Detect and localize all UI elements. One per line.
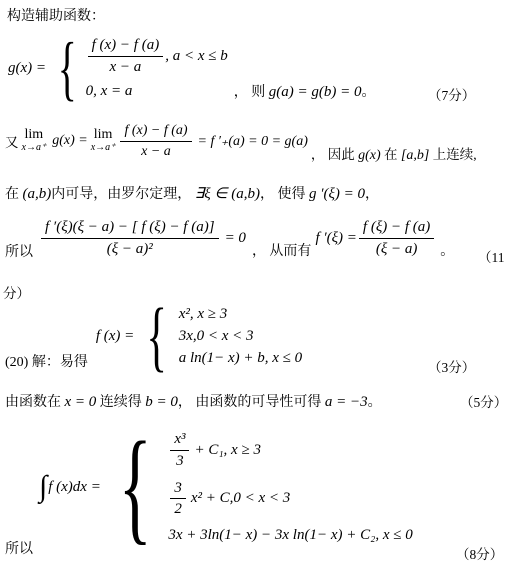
g-case-1-condition: , a < x ≤ b bbox=[165, 48, 228, 65]
x-equals-zero: x = 0 bbox=[65, 394, 97, 410]
intro-text: 构造辅助函数： bbox=[7, 9, 105, 24]
problem-20-formula: (20) 解：易得 f (x) = { x², x ≥ 3 3x,0 < x <… bbox=[5, 300, 302, 372]
result-denominator: (ξ − a) bbox=[376, 239, 418, 259]
g-case-2: 0, x = a bbox=[86, 83, 133, 100]
score-8: （8分） bbox=[456, 543, 503, 563]
limit-result: = f ′₊(a) = 0 = g(a) bbox=[198, 133, 308, 150]
differentiable-rolle-text: 内可导，由罗尔定理， bbox=[51, 187, 195, 202]
integral-lhs: ∫ f (x)dx = bbox=[39, 472, 101, 502]
difference-quotient-fraction: f (x) − f (a) x − a bbox=[88, 36, 164, 77]
continuous-gives-text: 连续得 bbox=[96, 395, 145, 410]
g-definition-formula: g(x) = { f (x) − f (a) x − a , a < x ≤ b… bbox=[8, 34, 375, 102]
left-brace: { bbox=[58, 35, 77, 101]
g-definition-lhs: g(x) = bbox=[8, 60, 46, 77]
intro-line: 构造辅助函数： bbox=[7, 5, 105, 25]
a-equals-minus-three: a = −3 bbox=[325, 394, 368, 410]
rolle-theorem-line: 在 (a,b)内可导，由罗尔定理， ∃ξ ∈ (a,b)， 使得 g ′(ξ) … bbox=[5, 183, 379, 203]
period: 。 bbox=[361, 85, 375, 100]
also-text: 又 bbox=[5, 131, 19, 151]
limit-formula: 又 lim x→a⁺ g(x) = lim x→a⁺ f (x) − f (a)… bbox=[5, 118, 477, 164]
f-case-2: 3x,0 < x < 3 bbox=[179, 328, 254, 345]
fraction-numerator: f (x) − f (a) bbox=[88, 36, 164, 57]
g-case-2-text: 0, x = a bbox=[86, 83, 133, 100]
difference-quotient-fraction-2: f (x) − f (a) x − a bbox=[120, 122, 191, 160]
g-definition-cases: f (x) − f (a) x − a , a < x ≤ b 0, x = a bbox=[86, 36, 228, 101]
antiderivative-case-3-text: 3x + 3ln(1− x) − 3x ln(1− x) + C₂, x ≤ 0 bbox=[168, 527, 412, 544]
quotient-numerator: f ′(ξ)(ξ − a) − [ f (ξ) − f (a)] bbox=[41, 218, 219, 239]
equals-zero: = 0 bbox=[225, 230, 246, 247]
f-case-3: a ln(1− x) + b, x ≤ 0 bbox=[179, 350, 302, 367]
limit-operator-2: lim x→a⁺ bbox=[91, 128, 116, 154]
x-cubed-numerator: x³ bbox=[170, 430, 189, 451]
three-numerator: 3 bbox=[170, 479, 186, 500]
g-definition-conclusion: ， 则 g(a) = g(b) = 0。 bbox=[234, 81, 376, 101]
left-brace-2: { bbox=[147, 300, 168, 372]
continuous-text: 上连续, bbox=[429, 147, 476, 162]
f-definition-cases: x², x ≥ 3 3x,0 < x < 3 a ln(1− x) + b, x… bbox=[179, 306, 302, 367]
integral-integrand: f (x)dx = bbox=[48, 479, 101, 496]
antiderivative-case-3: 3x + 3ln(1− x) − 3x ln(1− x) + C₂, x ≤ 0 bbox=[168, 527, 412, 544]
differentiability-gives-text: ， 由函数的可导性可得 bbox=[178, 395, 325, 410]
so-text: 所以 bbox=[5, 241, 33, 261]
lim-subscript-2: x→a⁺ bbox=[91, 142, 116, 154]
comma: ， bbox=[365, 187, 379, 202]
score-7: （7分） bbox=[428, 84, 475, 104]
continuity-conclusion: ， 因此 g(x) 在 [a,b] 上连续, bbox=[311, 143, 477, 164]
result-fraction: f (ξ) − f (a) (ξ − a) bbox=[359, 218, 434, 259]
math-solution-document: 构造辅助函数： g(x) = { f (x) − f (a) x − a , a… bbox=[0, 0, 514, 563]
fraction-denominator-2: x − a bbox=[141, 142, 171, 161]
f-prime-xi-lhs: f ′(ξ) = bbox=[315, 230, 356, 247]
b-equals-zero: b = 0 bbox=[145, 394, 178, 410]
limit-lhs: g(x) = bbox=[52, 133, 88, 149]
score-5: （5分） bbox=[460, 391, 507, 411]
problem-20-label: (20) 解：易得 bbox=[5, 351, 88, 371]
g-values-zero: g(a) = g(b) = 0 bbox=[269, 84, 362, 100]
g-prime-xi-zero: g ′(ξ) = 0 bbox=[309, 186, 365, 202]
x-cubed-over-3-fraction: x³ 3 bbox=[170, 430, 189, 471]
antiderivative-case-1-rest: + C₁, x ≥ 3 bbox=[194, 442, 260, 459]
fraction-denominator: x − a bbox=[110, 57, 142, 77]
left-brace-3: { bbox=[118, 429, 151, 545]
exists-xi: ∃ξ ∈ (a,b) bbox=[195, 186, 260, 202]
f-definition-lhs: f (x) = bbox=[96, 328, 134, 345]
three-halves-fraction: 3 2 bbox=[170, 479, 186, 520]
quotient-rule-formula: 所以 f ′(ξ)(ξ − a) − [ f (ξ) − f (a)] (ξ −… bbox=[5, 213, 454, 263]
then-text: ， 则 bbox=[234, 85, 269, 100]
period-3: 。 bbox=[368, 395, 382, 410]
on-text: 在 bbox=[381, 147, 401, 162]
in-text: 在 bbox=[5, 187, 23, 202]
antiderivative-case-2-rest: x² + C,0 < x < 3 bbox=[191, 490, 290, 507]
f-case-1-text: x², x ≥ 3 bbox=[179, 306, 228, 323]
integral-icon: ∫ bbox=[39, 472, 47, 502]
antiderivative-formula: 所以 ∫ f (x)dx = { x³ 3 + C₁, x ≥ 3 3 2 x²… bbox=[5, 428, 413, 546]
constants-conclusion-line: 由函数在 x = 0 连续得 b = 0， 由函数的可导性可得 a = −3。 bbox=[5, 391, 382, 411]
such-that-text: ， 使得 bbox=[260, 187, 309, 202]
g-of-x: g(x) bbox=[358, 148, 381, 163]
g-case-1: f (x) − f (a) x − a , a < x ≤ b bbox=[86, 36, 228, 77]
score-11-open: （11 bbox=[478, 246, 505, 266]
three-denominator: 3 bbox=[176, 451, 184, 471]
limit-operator-1: lim x→a⁺ bbox=[22, 128, 47, 154]
f-case-2-text: 3x,0 < x < 3 bbox=[179, 328, 254, 345]
hence-text: ， 从而有 bbox=[252, 240, 312, 260]
quotient-denominator: (ξ − a)² bbox=[107, 239, 153, 259]
quotient-rule-fraction: f ′(ξ)(ξ − a) − [ f (ξ) − f (a)] (ξ − a)… bbox=[41, 218, 219, 259]
open-interval: (a,b) bbox=[23, 186, 52, 202]
antiderivative-cases: x³ 3 + C₁, x ≥ 3 3 2 x² + C,0 < x < 3 3x… bbox=[168, 430, 412, 544]
f-case-3-text: a ln(1− x) + b, x ≤ 0 bbox=[179, 350, 302, 367]
so-text-2: 所以 bbox=[5, 538, 33, 558]
antiderivative-case-1: x³ 3 + C₁, x ≥ 3 bbox=[168, 430, 261, 471]
f-case-1: x², x ≥ 3 bbox=[179, 306, 228, 323]
interval-ab: [a,b] bbox=[401, 148, 429, 163]
since-function-text: 由函数在 bbox=[5, 395, 65, 410]
score-11-close: 分） bbox=[3, 282, 30, 302]
lim-text-2: lim bbox=[94, 128, 113, 142]
result-numerator: f (ξ) − f (a) bbox=[359, 218, 434, 239]
therefore-text: ， 因此 bbox=[311, 147, 358, 162]
two-denominator: 2 bbox=[174, 499, 182, 519]
period-2: 。 bbox=[440, 240, 454, 260]
lim-text: lim bbox=[25, 128, 44, 142]
lim-subscript: x→a⁺ bbox=[22, 142, 47, 154]
antiderivative-case-2: 3 2 x² + C,0 < x < 3 bbox=[168, 479, 290, 520]
fraction-numerator-2: f (x) − f (a) bbox=[120, 122, 191, 142]
score-3: （3分） bbox=[428, 356, 475, 376]
